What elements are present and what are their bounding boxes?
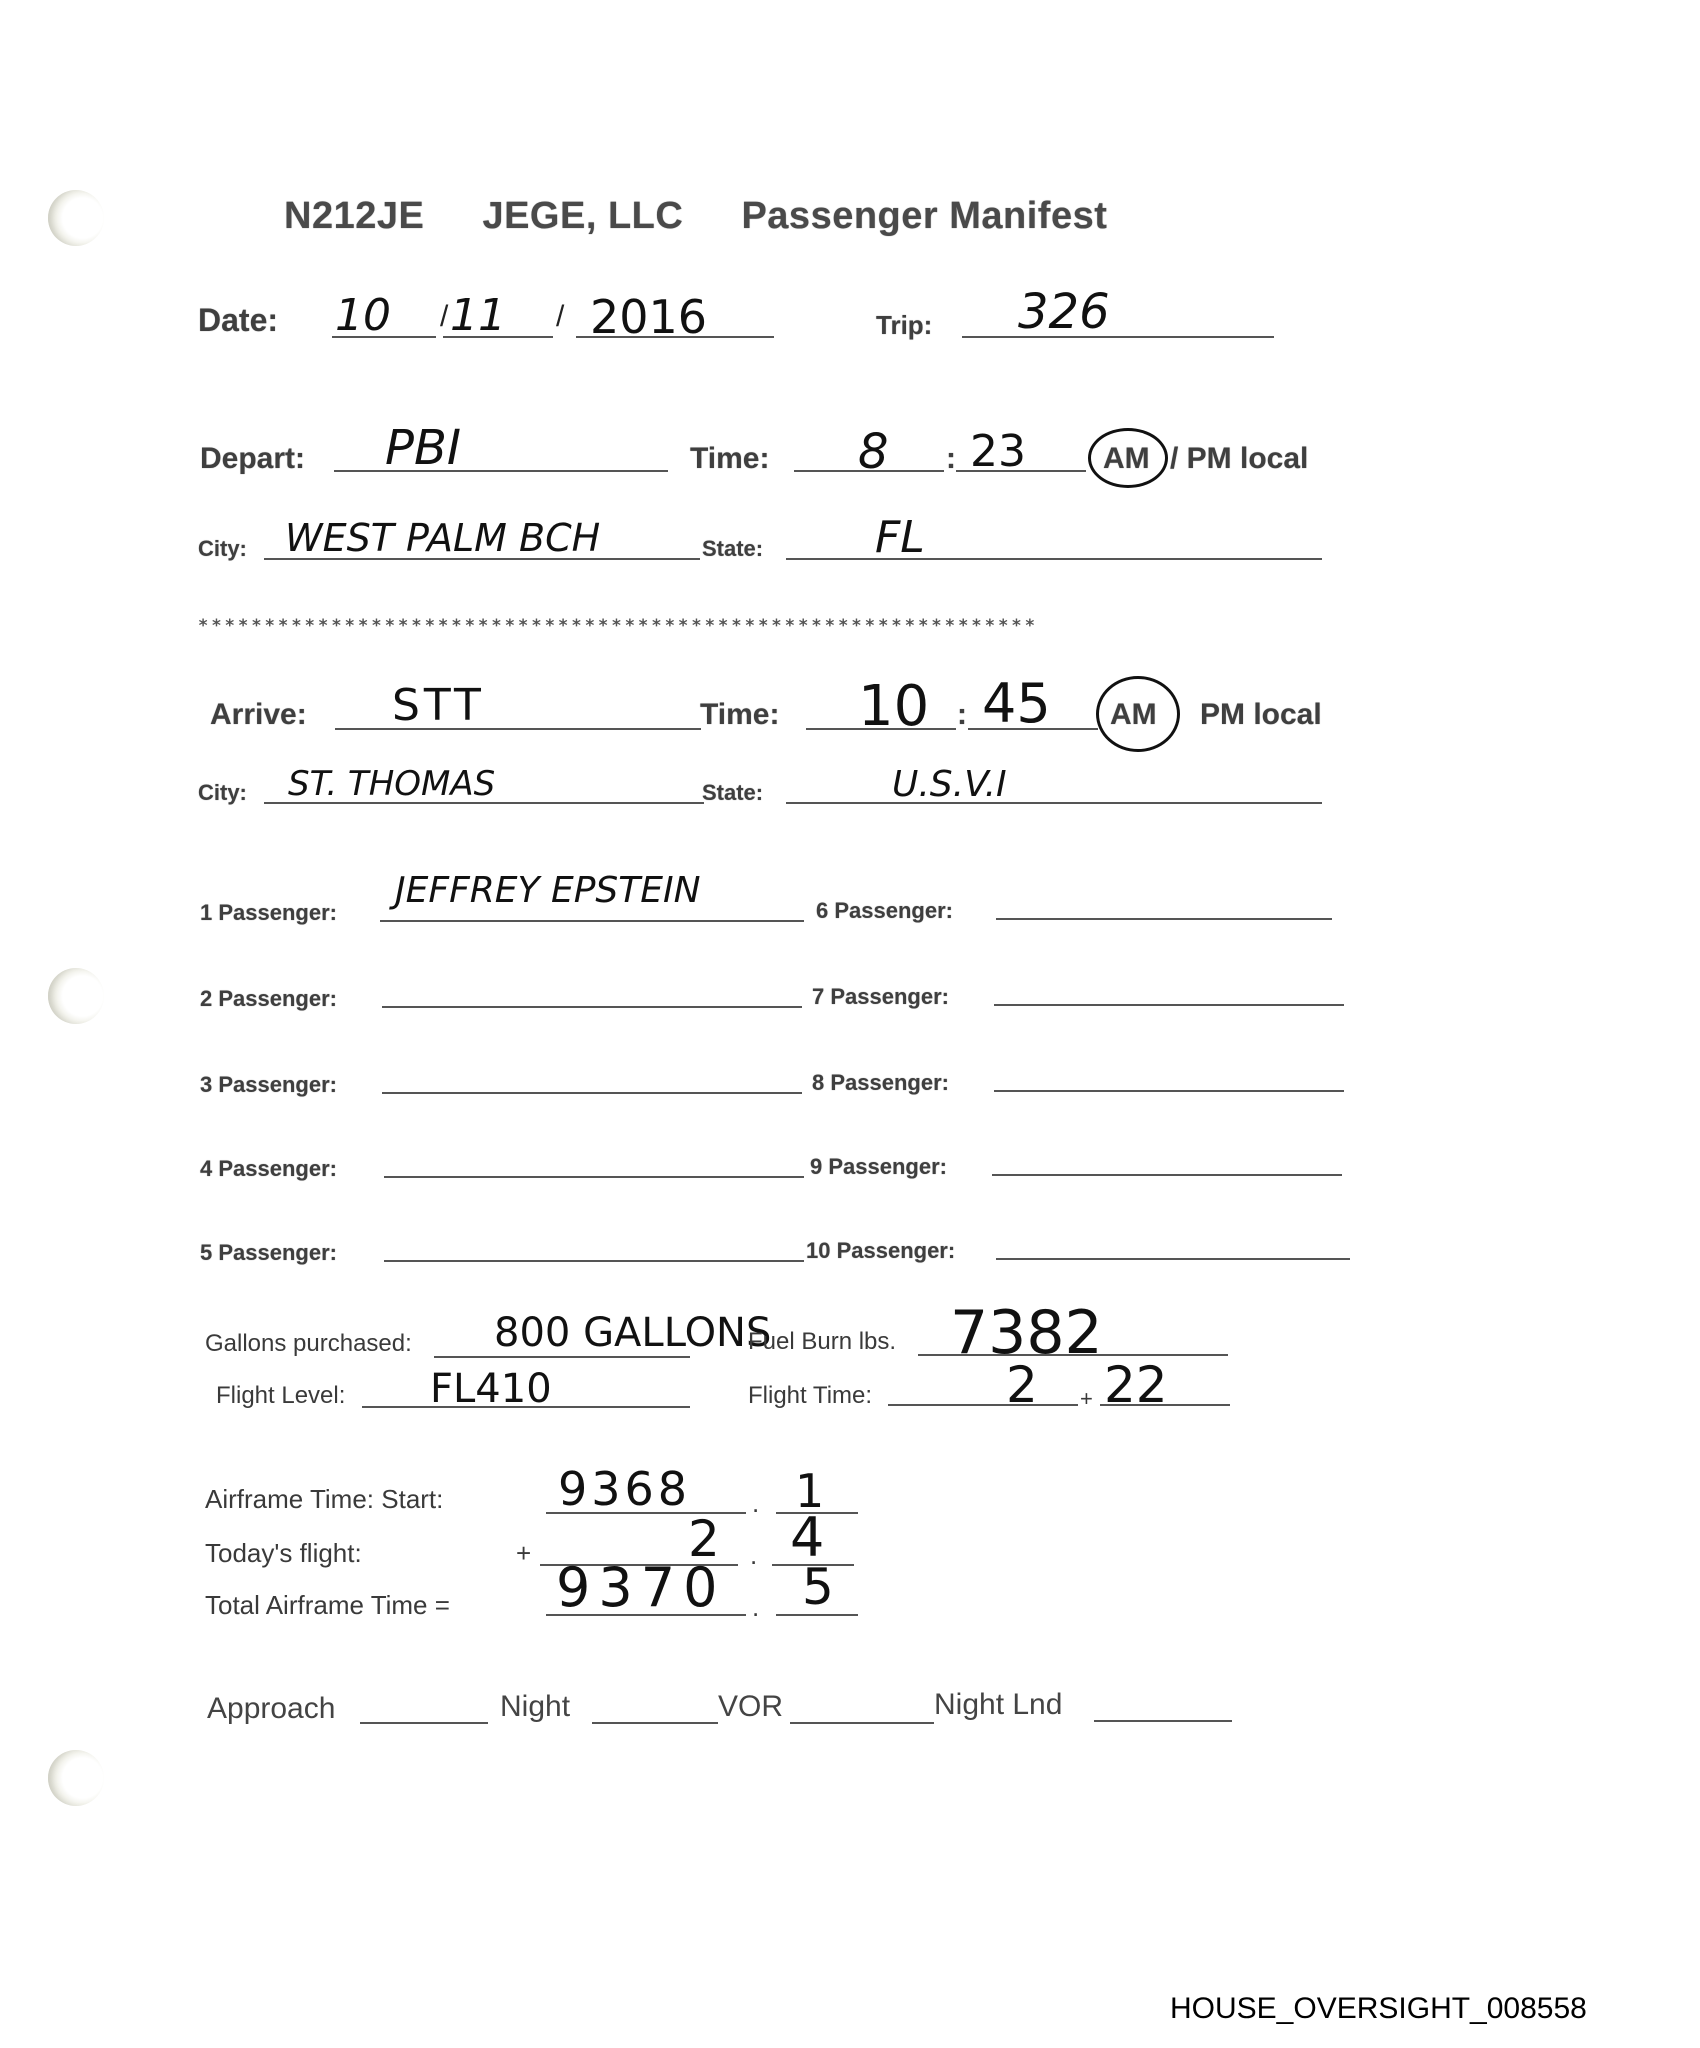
flight-time-minutes-field[interactable]: 22 <box>1104 1356 1168 1414</box>
night-field[interactable] <box>592 1722 718 1724</box>
depart-state-field[interactable]: FL <box>875 512 925 563</box>
trip-line <box>962 336 1274 338</box>
night-label: Night <box>500 1690 570 1724</box>
vor-label: VOR <box>718 1690 783 1724</box>
arrive-minute-field[interactable]: 45 <box>982 672 1051 735</box>
approach-label: Approach <box>207 1692 335 1726</box>
flight-time-separator: + <box>1080 1386 1093 1412</box>
binder-hole-middle <box>48 968 104 1024</box>
depart-am-circle-mark <box>1088 428 1168 488</box>
trip-number-field[interactable]: 326 <box>1018 284 1110 340</box>
total-airframe-whole-field[interactable]: 9370 <box>556 1556 725 1619</box>
night-lnd-label: Night Lnd <box>934 1688 1062 1722</box>
depart-hour-field[interactable]: 8 <box>858 424 889 480</box>
form-header: N212JE JEGE, LLC Passenger Manifest <box>284 195 1107 238</box>
passenger-10-label: 10 Passenger: <box>806 1238 955 1264</box>
passenger-5-label: 5 Passenger: <box>200 1240 337 1266</box>
depart-city-label: City: <box>198 536 247 562</box>
date-label: Date: <box>198 302 278 339</box>
passenger-8-field[interactable] <box>994 1090 1344 1092</box>
arrive-label: Arrive: <box>210 698 307 732</box>
flight-time-hours-line <box>888 1404 1078 1406</box>
passenger-5-field[interactable] <box>384 1260 804 1262</box>
night-lnd-field[interactable] <box>1094 1720 1232 1722</box>
passenger-6-field[interactable] <box>996 918 1332 920</box>
todays-flight-plus: + <box>516 1538 531 1569</box>
depart-label: Depart: <box>200 442 305 476</box>
arrive-time-colon: : <box>957 698 967 732</box>
gallons-purchased-label: Gallons purchased: <box>205 1330 412 1358</box>
depart-time-colon: : <box>946 442 956 476</box>
gallons-purchased-field[interactable]: 800 GALLONS <box>494 1310 771 1356</box>
airframe-start-decimal: . <box>752 1488 759 1519</box>
depart-pm-local-label[interactable]: / PM local <box>1170 442 1308 476</box>
passenger-4-field[interactable] <box>384 1176 804 1178</box>
fuel-burn-label: Fuel Burn lbs. <box>748 1328 896 1356</box>
approach-field[interactable] <box>360 1722 488 1724</box>
depart-city-field[interactable]: WEST PALM BCH <box>285 516 600 560</box>
depart-minute-field[interactable]: 23 <box>970 426 1026 477</box>
depart-time-label: Time: <box>690 442 769 476</box>
passenger-2-label: 2 Passenger: <box>200 986 337 1012</box>
passenger-7-field[interactable] <box>994 1004 1344 1006</box>
arrive-city-field[interactable]: ST. THOMAS <box>288 764 495 804</box>
passenger-9-label: 9 Passenger: <box>810 1154 947 1180</box>
passenger-1-label: 1 Passenger: <box>200 900 337 926</box>
arrive-airport-field[interactable]: STT <box>392 680 485 731</box>
passenger-3-field[interactable] <box>382 1092 802 1094</box>
arrive-state-line <box>786 802 1322 804</box>
passenger-10-field[interactable] <box>996 1258 1350 1260</box>
date-day-field[interactable]: 11 <box>450 290 506 341</box>
date-year-field[interactable]: 2016 <box>590 290 707 344</box>
airframe-start-label: Airframe Time: Start: <box>205 1484 443 1515</box>
flight-time-hours-field[interactable]: 2 <box>1006 1356 1038 1414</box>
bates-number: HOUSE_OVERSIGHT_008558 <box>1170 1992 1587 2026</box>
date-month-field[interactable]: 10 <box>335 290 391 341</box>
trip-label: Trip: <box>876 310 932 341</box>
arrive-state-label: State: <box>702 780 763 806</box>
total-airframe-decimal: . <box>752 1592 759 1623</box>
arrive-state-field[interactable]: U.S.V.I <box>892 764 1007 805</box>
passenger-2-field[interactable] <box>382 1006 802 1008</box>
passenger-3-label: 3 Passenger: <box>200 1072 337 1098</box>
arrive-am-circle-mark <box>1096 676 1180 752</box>
form-title: Passenger Manifest <box>741 195 1107 237</box>
vor-field[interactable] <box>790 1722 934 1724</box>
arrive-city-label: City: <box>198 780 247 806</box>
passenger-4-label: 4 Passenger: <box>200 1156 337 1182</box>
total-airframe-label: Total Airframe Time = <box>205 1590 450 1621</box>
passenger-7-label: 7 Passenger: <box>812 984 949 1010</box>
arrive-time-label: Time: <box>700 698 779 732</box>
tail-number: N212JE <box>284 195 424 237</box>
arrive-hour-field[interactable]: 10 <box>858 674 929 739</box>
todays-flight-label: Today's flight: <box>205 1538 362 1569</box>
section-separator: ****************************************… <box>198 616 1038 636</box>
date-slash-1: / <box>440 300 448 334</box>
passenger-6-label: 6 Passenger: <box>816 898 953 924</box>
passenger-9-field[interactable] <box>992 1174 1342 1176</box>
flight-level-field[interactable]: FL410 <box>430 1366 552 1412</box>
gallons-purchased-line <box>434 1356 690 1358</box>
arrive-line <box>335 728 701 730</box>
company-name: JEGE, LLC <box>482 195 683 237</box>
total-airframe-tenth-field[interactable]: 5 <box>802 1558 834 1616</box>
date-slash-2: / <box>556 300 564 334</box>
passenger-8-label: 8 Passenger: <box>812 1070 949 1096</box>
depart-state-label: State: <box>702 536 763 562</box>
airframe-start-whole-field[interactable]: 9368 <box>558 1462 691 1516</box>
binder-hole-bottom <box>48 1750 104 1806</box>
arrive-pm-local-label[interactable]: PM local <box>1200 698 1322 732</box>
depart-state-line <box>786 558 1322 560</box>
flight-level-label: Flight Level: <box>216 1382 345 1410</box>
passenger-1-field[interactable]: JEFFREY EPSTEIN <box>395 870 701 911</box>
depart-airport-field[interactable]: PBI <box>385 420 461 476</box>
todays-flight-decimal: . <box>750 1540 757 1571</box>
binder-hole-top <box>48 190 104 246</box>
passenger-1-line <box>380 920 804 922</box>
flight-time-label: Flight Time: <box>748 1382 872 1410</box>
